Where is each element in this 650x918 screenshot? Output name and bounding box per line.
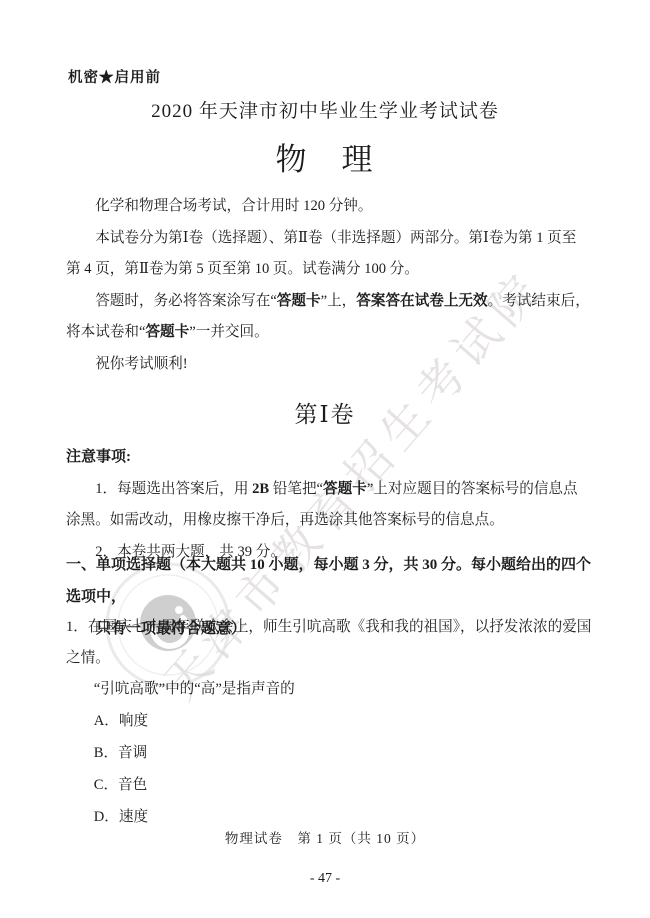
question-1-option-c: C．音色	[94, 769, 598, 801]
footer-doc-label: 物理试卷 第 1 页（共 10 页）	[0, 827, 650, 847]
intro-section: 化学和物理合场考试，合计用时 120 分钟。 本试卷分为第Ⅰ卷（选择题）、第Ⅱ卷…	[66, 191, 590, 380]
notice-item-1: 1．每题选出答案后，用 2B 铅笔把“答题卡”上对应题目的答案标号的信息点涂黑。…	[66, 474, 590, 537]
page-number: - 47 -	[0, 871, 650, 887]
subject-title: 物 理	[0, 134, 650, 179]
intro-paragraph-3: 答题时，务必将答案涂写在“答题卡”上，答案答在试卷上无效。考试结束后，将本试卷和…	[66, 286, 590, 349]
question-1-option-b: B．音调	[94, 737, 598, 769]
confidential-label: 机密★启用前	[68, 66, 161, 87]
question-1-option-a: A．响度	[94, 705, 598, 737]
question-1-stem-line-1: 1．在国庆七十周年联欢会上，师生引吭高歌《我和我的祖国》，以抒发浓浓的爱国之情。	[66, 612, 598, 674]
exam-paper-page: 天津市教育招生考试院 机密★启用前 2020 年天津市初中毕业生学业考试试卷 物…	[0, 0, 650, 918]
intro-paragraph-2: 本试卷分为第Ⅰ卷（选择题）、第Ⅱ卷（非选择题）两部分。第Ⅰ卷为第 1 页至第 4…	[66, 223, 590, 286]
exam-title: 2020 年天津市初中毕业生学业考试试卷	[0, 96, 650, 123]
question-1: 1．在国庆七十周年联欢会上，师生引吭高歌《我和我的祖国》，以抒发浓浓的爱国之情。…	[66, 612, 598, 833]
section-1-heading: 第Ⅰ卷	[0, 396, 650, 429]
question-1-stem-line-2: “引吭高歌”中的“高”是指声音的	[94, 674, 598, 705]
intro-paragraph-4: 祝你考试顺利!	[66, 349, 590, 381]
content-layer: 机密★启用前 2020 年天津市初中毕业生学业考试试卷 物 理 化学和物理合场考…	[0, 0, 650, 918]
question-type-header-line-1: 一、单项选择题（本大题共 10 小题，每小题 3 分，共 30 分。每小题给出的…	[66, 549, 598, 613]
intro-paragraph-1: 化学和物理合场考试，合计用时 120 分钟。	[66, 191, 590, 223]
notice-heading: 注意事项:	[66, 442, 590, 474]
